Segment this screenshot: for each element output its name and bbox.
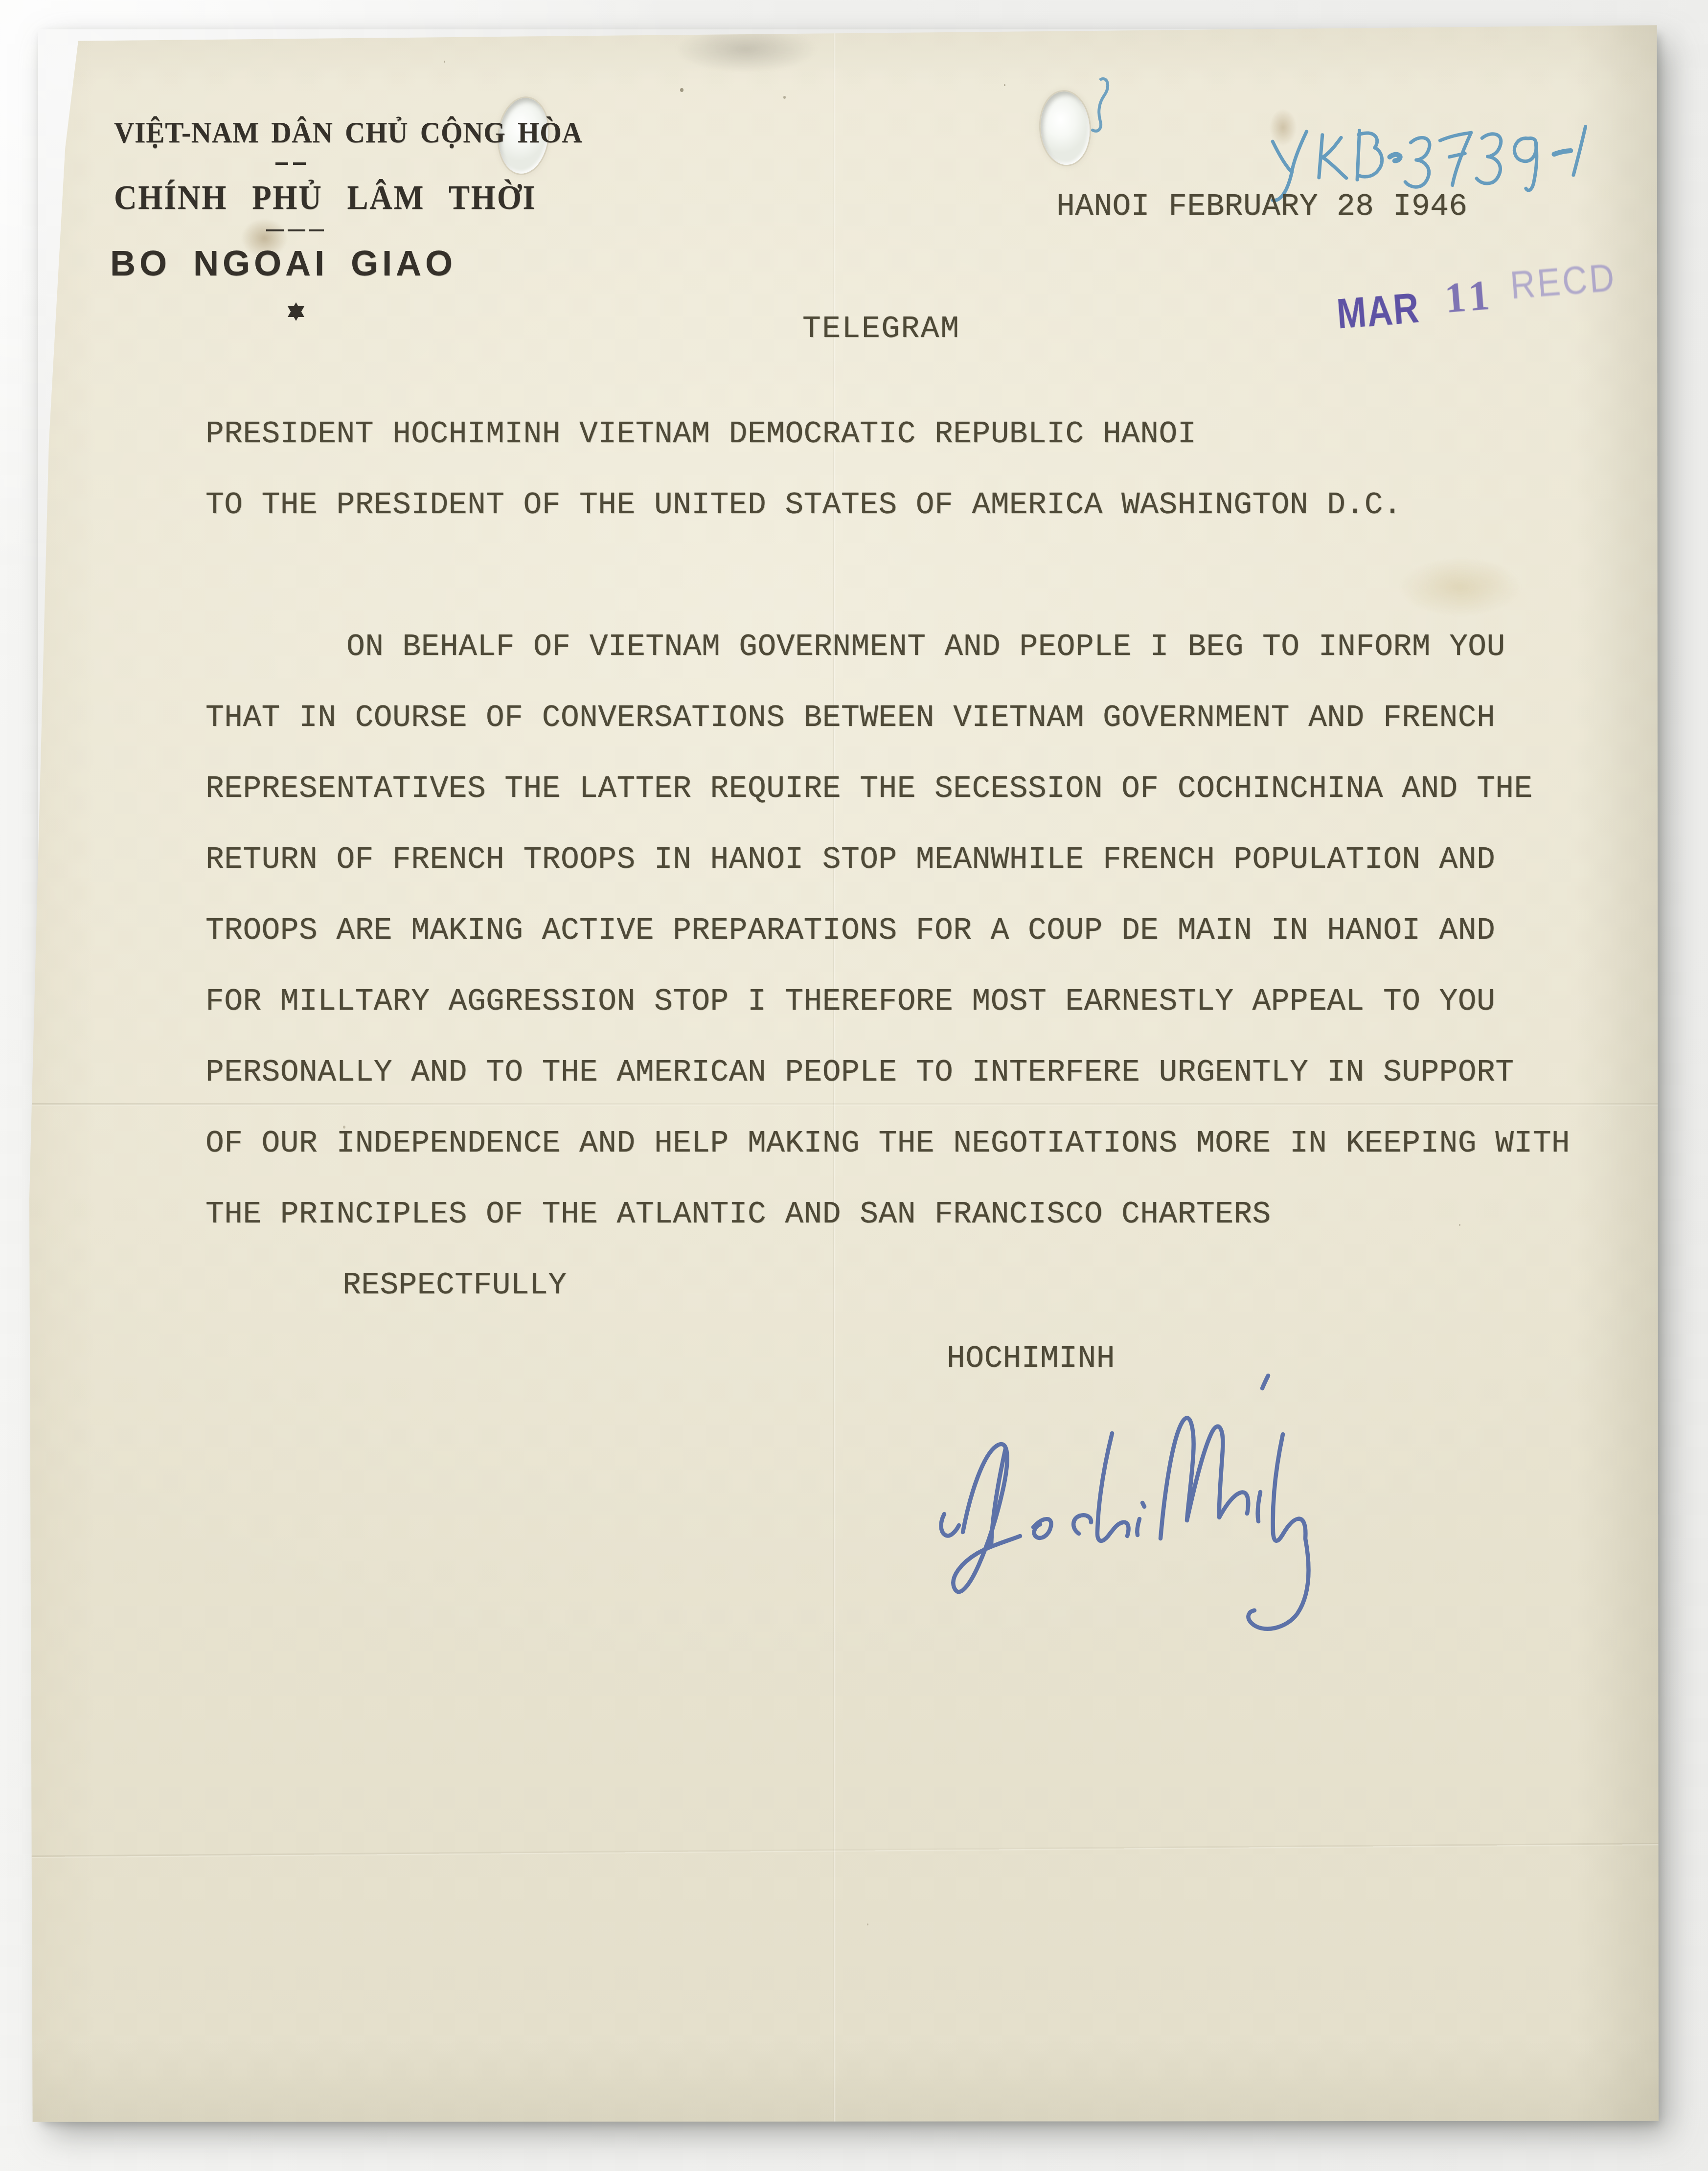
- received-stamp: MAR 11 RECD: [1334, 257, 1633, 336]
- tan-stain-right: [1399, 558, 1522, 616]
- stamp-month: MAR: [1335, 286, 1421, 336]
- letterhead-divider-1: [275, 162, 308, 165]
- letterhead-government: CHÍNH PHỦ LÂM THỜI: [114, 181, 536, 215]
- crease-horizontal-lower: [29, 1843, 1659, 1857]
- telegram-document: VIỆT-NAM DÂN CHỦ CỘNG HÒA CHÍNH PHỦ LÂM …: [29, 22, 1659, 2123]
- dateline: HANOI FEBRUARY 28 I946: [1056, 171, 1468, 242]
- letterhead-ministry: BO NGOAI GIAO: [110, 246, 456, 281]
- star-icon: [288, 302, 304, 321]
- stamp-received-label: RECD: [1509, 258, 1618, 305]
- stamp-day: 11: [1443, 273, 1496, 319]
- letterhead-divider-2: [266, 229, 324, 231]
- document-title: TELEGRAM: [802, 294, 960, 364]
- paper-specks: [680, 88, 683, 92]
- sender-line: PRESIDENT HOCHIMINH VIETNAM DEMOCRATIC R…: [205, 399, 1196, 470]
- recipient-line: TO THE PRESIDENT OF THE UNITED STATES OF…: [205, 470, 1402, 541]
- handwritten-mark: [1079, 73, 1118, 137]
- message-body: ON BEHALF OF VIETNAM GOVERNMENT AND PEOP…: [205, 611, 1593, 1250]
- closing-word: RESPECTFULLY: [342, 1250, 567, 1321]
- signature: [920, 1370, 1380, 1644]
- letterhead-country: VIỆT-NAM DÂN CHỦ CỘNG HÒA: [114, 117, 583, 148]
